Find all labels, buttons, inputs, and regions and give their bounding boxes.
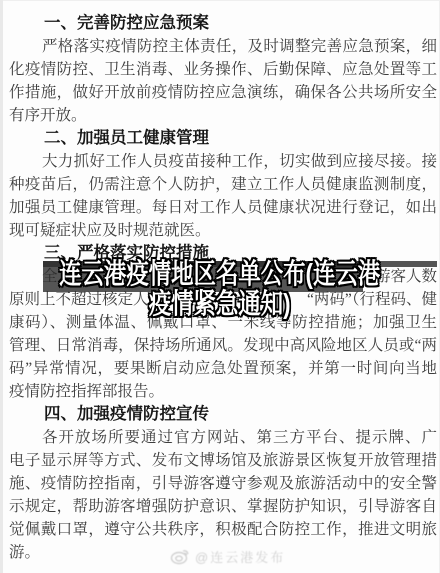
text-line: 康码）、测量体温、佩戴口罩、一米线等防控措施；加强卫生 (9, 311, 437, 334)
text-line: 码”异常情况，要果断启动应急处置预案，并第一时间向当地 (9, 357, 437, 380)
text-line: 作措施，做好开放前疫情防控应急演练，确保各公共场所安全 (9, 81, 437, 104)
text-line: 电子显示屏等方式、发布文博场馆及旅游景区恢复开放管理措 (9, 449, 437, 472)
text-line: 施、疫情防控指南，引导游客遵守参观及旅游活动中的安全警 (9, 472, 437, 495)
section-heading: 四、加强疫情防控宣传 (9, 403, 437, 426)
text-line: 种疫苗后，仍需注意个人防护，建立工作人员健康监测制度， (9, 173, 437, 196)
text-line: 现可疑症状应及时规范就医。 (9, 219, 437, 242)
section-heading: 二、加强员工健康管理 (9, 127, 437, 150)
text-line: 管理、日常消毒，保持场所通风。发现中高风险地区人员或“两 (9, 334, 437, 357)
text-line: 加强员工健康管理。每日对工作人员健康状况进行登记，如出 (9, 196, 437, 219)
document-page: 一、完善防控应急预案严格落实疫情防控主体责任，及时调整完善应急预案，细化疫情防控… (0, 0, 440, 573)
text-line: 觉佩戴口罩，遵守公共秩序，积极配合防控工作，推进文明旅 (9, 518, 437, 541)
section-heading: 一、完善防控应急预案 (9, 12, 437, 35)
overlay-box (43, 261, 363, 292)
text-fragment: 游客人数 (375, 265, 437, 288)
watermark-text: @连云港发布 (195, 547, 285, 566)
text-line: 示规定，帮助游客增强防护意识、掌握防护知识，引导游客自 (9, 495, 437, 518)
text-line: 疫情防控指挥部报告。 (9, 380, 437, 403)
watermark: @连云港发布 (170, 545, 285, 567)
text-line: 有序开放。 (9, 104, 437, 127)
weibo-icon (170, 547, 190, 565)
text-line: 化疫情防控、卫生消毒、业务操作、后勤保障、应急处置等工 (9, 58, 437, 81)
text-line: 各开放场所要通过官方网站、第三方平台、提示牌、广播、 (9, 426, 437, 449)
text-line: 大力抓好工作人员疫苗接种工作，切实做到应接尽接。接 (9, 150, 437, 173)
text-line: 严格落实疫情防控主体责任，及时调整完善应急预案，细 (9, 35, 437, 58)
